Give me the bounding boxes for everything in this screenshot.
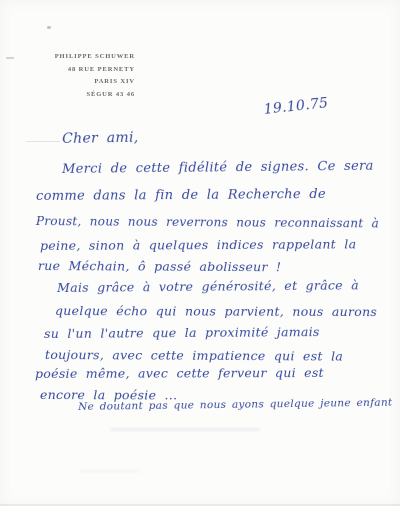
scan-mark <box>6 57 14 59</box>
letter-body-line: comme dans la fin de la Recherche de <box>36 187 326 204</box>
letter-page: PHILIPPE SCHUWER 48 RUE PERNETY PARIS XI… <box>0 0 400 506</box>
ink-bleedthrough <box>80 470 140 472</box>
letterhead-name: PHILIPPE SCHUWER <box>33 51 135 64</box>
scan-speck <box>47 26 51 29</box>
letter-body-line: Merci de cette fidélité de signes. Ce se… <box>62 159 374 177</box>
scan-mark <box>26 141 60 142</box>
letterhead-address-line1: 48 RUE PERNETY <box>33 64 135 77</box>
letter-salutation: Cher ami, <box>62 130 139 147</box>
letter-body-line: rue Méchain, ô passé abolisseur ! <box>38 258 281 274</box>
letterhead-address-line2: PARIS XIV <box>33 76 135 89</box>
letter-body-line: quelque écho qui nous parvient, nous aur… <box>55 303 377 319</box>
letterhead: PHILIPPE SCHUWER 48 RUE PERNETY PARIS XI… <box>33 51 135 101</box>
letter-body-line: su l'un l'autre que la proximité jamais <box>44 324 320 341</box>
letterhead-phone: SÉGUR 43 46 <box>33 89 135 102</box>
letter-body-line: Mais grâce à votre générosité, et grâce … <box>57 277 359 295</box>
ink-bleedthrough <box>110 428 260 431</box>
letter-body-line: peine, sinon à quelques indices rappelan… <box>40 236 356 253</box>
letter-body-line: toujours, avec cette impatience qui est … <box>45 347 343 364</box>
letter-date: 19.10.75 <box>263 95 329 118</box>
letter-body-line: poésie même, avec cette ferveur qui est <box>35 365 324 381</box>
letter-body-line: Proust, nous nous reverrons nous reconna… <box>36 214 379 230</box>
